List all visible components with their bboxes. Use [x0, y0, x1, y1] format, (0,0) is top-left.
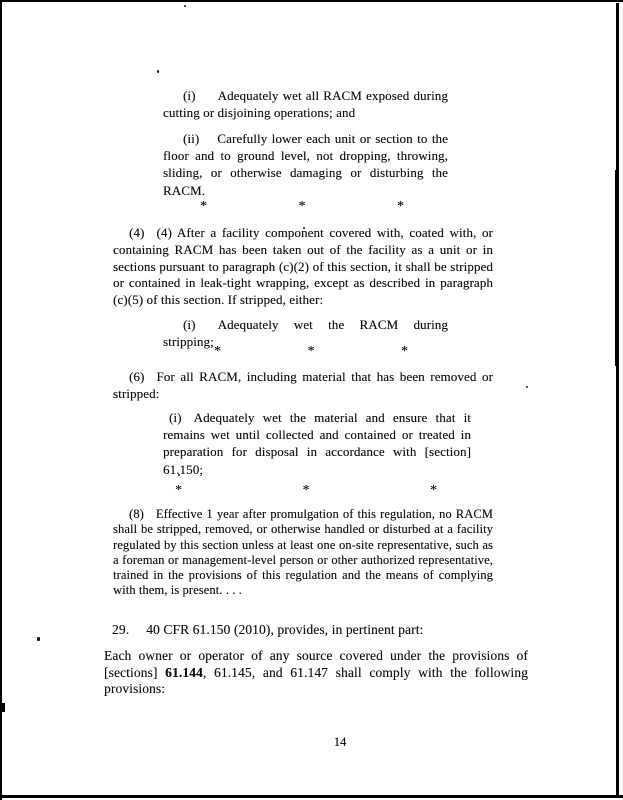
paragraph-marker: (ii): [183, 131, 199, 146]
paragraph-marker: 29.: [112, 622, 129, 637]
asterisk: *: [200, 199, 207, 215]
paragraph-marker: (i): [183, 317, 196, 332]
scan-speck: [37, 637, 40, 641]
scan-border-right: [616, 3, 619, 798]
asterisk: *: [397, 199, 404, 215]
paragraph-text: Effective 1 year after promulgation of t…: [113, 507, 493, 597]
paragraph-text: 40 CFR 61.150 (2010), provides, in perti…: [146, 622, 423, 637]
paragraph-text: Carefully lower each unit or section to …: [163, 131, 448, 198]
quote-subitem-i-3: (i)Adequately wet the material and ensur…: [163, 409, 471, 478]
page-number: 14: [302, 735, 378, 750]
scan-border-top: [0, 0, 623, 2]
asterisk-separator: ***: [200, 199, 404, 215]
asterisk: *: [214, 344, 221, 360]
scan-border-left: [0, 0, 2, 800]
paragraph-marker: (8): [129, 507, 144, 521]
paragraph-marker: (i): [169, 410, 182, 425]
quote-subitem-i-1: (i)Adequately wet all RACM exposed durin…: [163, 87, 448, 121]
asterisk: *: [308, 344, 315, 360]
asterisk: *: [299, 199, 306, 215]
paragraph-marker: (6): [129, 369, 144, 384]
paragraph-marker: (i): [183, 88, 196, 103]
asterisk: *: [430, 483, 437, 499]
quote-item-8: (8)Effective 1 year after promulgation o…: [113, 507, 493, 599]
scan-border-notch: [0, 703, 5, 712]
quote-item-4: (4)(4) After a facility component covere…: [113, 225, 493, 309]
closing-paragraph: Each owner or operator of any source cov…: [104, 648, 528, 698]
scan-speck: [184, 5, 186, 7]
paragraph-text: Adequately wet the material and ensure t…: [163, 410, 471, 477]
asterisk-separator: ***: [214, 344, 408, 360]
numbered-paragraph-29: 29.40 CFR 61.150 (2010), provides, in pe…: [104, 621, 528, 638]
asterisk: *: [303, 483, 310, 499]
paragraph-text: For all RACM, including material that ha…: [113, 369, 493, 401]
scan-border-right-thick: [615, 170, 620, 366]
paragraph-marker: (4): [129, 225, 144, 240]
document-page: (i)Adequately wet all RACM exposed durin…: [0, 0, 623, 800]
paragraph-text: Adequately wet all RACM exposed during c…: [163, 88, 448, 120]
asterisk: *: [401, 344, 408, 360]
scan-speck: [157, 70, 159, 73]
scan-border-bottom: [0, 795, 623, 798]
scan-speck: [526, 386, 528, 388]
asterisk-separator: ***: [175, 483, 437, 499]
quote-subitem-ii: (ii)Carefully lower each unit or section…: [163, 130, 448, 199]
quote-item-6: (6)For all RACM, including material that…: [113, 369, 493, 403]
closing-text-bold: 61.144: [165, 665, 203, 680]
asterisk: *: [175, 483, 182, 499]
paragraph-text: (4) After a facility component covered w…: [113, 225, 493, 307]
